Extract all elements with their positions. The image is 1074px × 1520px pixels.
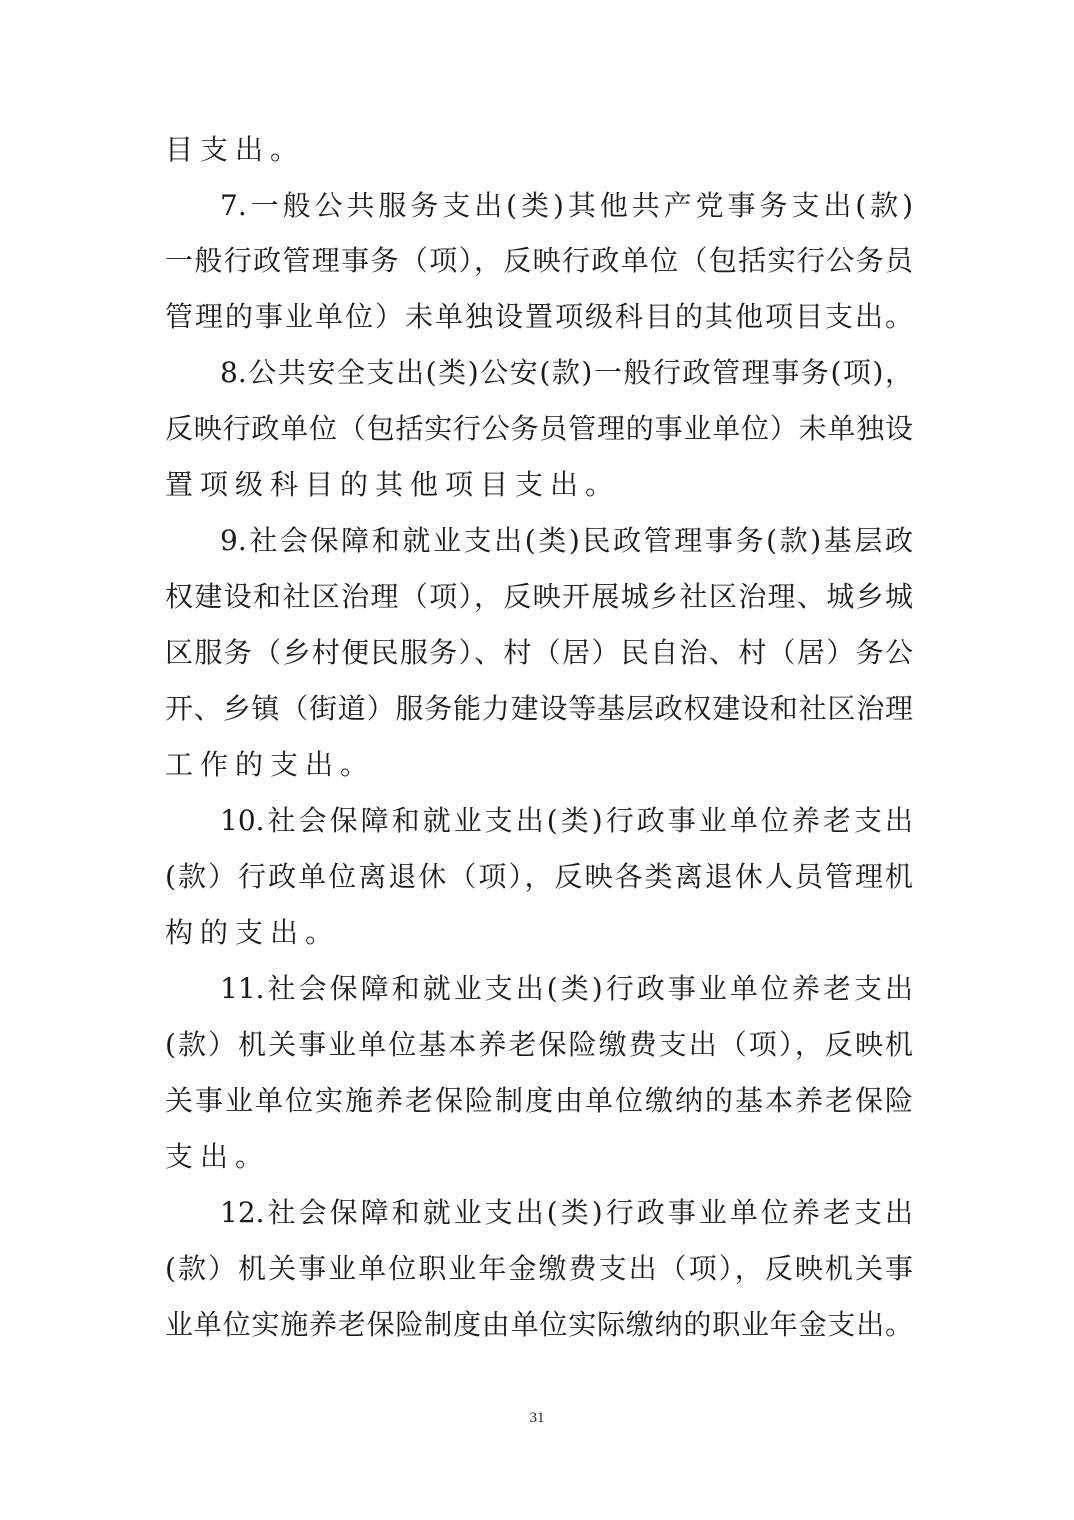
text-line: 关事业单位实施养老保险制度由单位缴纳的基本养老保险 [165, 1081, 913, 1121]
paragraph-8-start: 8.公共安全支出(类)公安(款)一般行政管理事务(项)， [220, 353, 913, 393]
text-line: (款）机关事业单位职业年金缴费支出（项），反映机关事 [165, 1249, 913, 1289]
paragraph-7-start: 7.一般公共服务支出(类)其他共产党事务支出(款) [220, 186, 913, 226]
text-line: 开、乡镇（街道）服务能力建设等基层政权建设和社区治理 [165, 689, 913, 729]
text-line: 支出。 [165, 1137, 913, 1177]
page-number: 31 [0, 1410, 1074, 1427]
document-page: 目支出。 7.一般公共服务支出(类)其他共产党事务支出(款) 一般行政管理事务（… [0, 0, 1074, 1520]
text-line: 一般行政管理事务（项），反映行政单位（包括实行公务员 [165, 241, 913, 281]
text-line: 目支出。 [165, 130, 913, 170]
text-line: 管理的事业单位）未单独设置项级科目的其他项目支出。 [165, 297, 913, 337]
text-line: (款）行政单位离退休（项），反映各类离退休人员管理机 [165, 857, 913, 897]
text-line: 区服务（乡村便民服务）、村（居）民自治、村（居）务公 [165, 633, 913, 673]
text-line: 工作的支出。 [165, 745, 913, 785]
text-line: 权建设和社区治理（项），反映开展城乡社区治理、城乡城 [165, 577, 913, 617]
paragraph-12-start: 12.社会保障和就业支出(类)行政事业单位养老支出 [220, 1193, 913, 1233]
text-line: 业单位实施养老保险制度由单位实际缴纳的职业年金支出。 [165, 1305, 913, 1345]
paragraph-9-start: 9.社会保障和就业支出(类)民政管理事务(款)基层政 [220, 521, 913, 561]
text-line: 构的支出。 [165, 913, 913, 953]
text-line: (款）机关事业单位基本养老保险缴费支出（项），反映机 [165, 1025, 913, 1065]
text-line: 置项级科目的其他项目支出。 [165, 465, 913, 505]
text-line: 反映行政单位（包括实行公务员管理的事业单位）未单独设 [165, 409, 913, 449]
paragraph-11-start: 11.社会保障和就业支出(类)行政事业单位养老支出 [220, 969, 913, 1009]
paragraph-10-start: 10.社会保障和就业支出(类)行政事业单位养老支出 [220, 801, 913, 841]
